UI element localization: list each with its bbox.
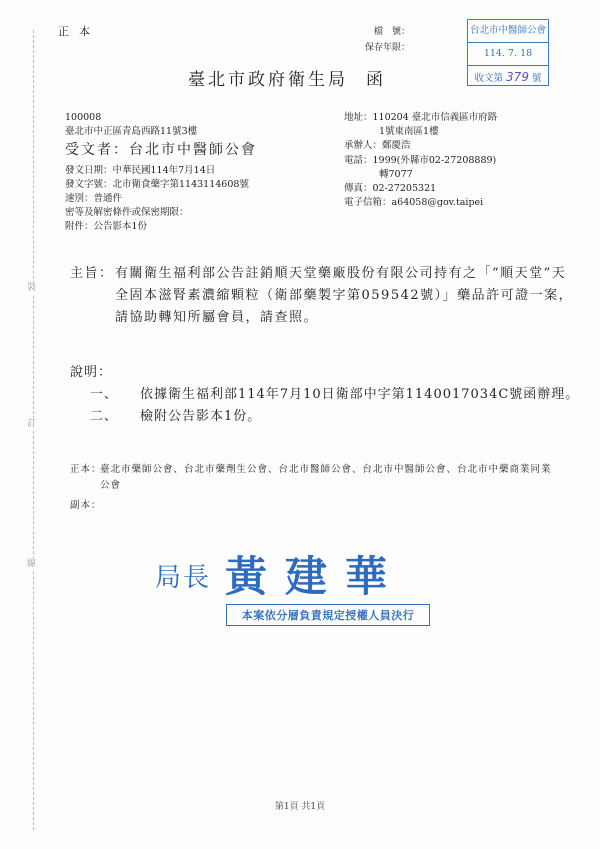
recipient-block: 100008 臺北市中正區青島西路11號3樓 受文者：台北市中醫師公會 發文日期…	[65, 111, 257, 234]
file-meta: 檔 號： 保存年限：	[340, 24, 410, 56]
document-kind: 函	[366, 70, 386, 90]
original-recipients: 臺北市藥師公會、台北市藥劑生公會、台北市醫師公會、台北市中醫師公會、台北市中藥商…	[100, 462, 555, 494]
sender-contact-block: 地址：110204 臺北市信義區市府路 1號東南區1樓 承辦人：鄭慶浩 電話：1…	[344, 111, 497, 210]
explanation-label: 說明：	[70, 362, 580, 384]
sender-address-line1: 地址：110204 臺北市信義區市府路	[344, 111, 497, 125]
binding-mark-zhuang: 裝	[27, 282, 36, 294]
explanation-item: 一、 依據衛生福利部114年7月10日衛部中字第1140017034C號函辦理。	[70, 384, 580, 406]
stamp-date: 114. 7. 18	[468, 43, 548, 66]
binding-dashed-line	[33, 30, 34, 830]
recipient-address: 臺北市中正區青島西路11號3樓	[65, 125, 257, 139]
distribution-original: 正本： 臺北市藥師公會、台北市藥劑生公會、台北市醫師公會、台北市中醫師公會、台北…	[70, 462, 555, 494]
stamp-receipt-number: 收文第 379 號	[468, 66, 548, 88]
email: 電子信箱：a64058@gov.taipei	[344, 196, 497, 210]
phone-line1: 電話：1999(外縣市02-27208889)	[344, 154, 497, 168]
file-number-label: 檔 號：	[340, 24, 410, 40]
original-label: 正本：	[70, 462, 102, 478]
document-number: 發文字號：北市衛食藥字第1143114608號	[65, 178, 257, 192]
item-text: 依據衛生福利部114年7月10日衛部中字第1140017034C號函辦理。	[140, 387, 579, 402]
delivery-speed: 速別：普通件	[65, 192, 257, 206]
fax: 傳真：02-27205321	[344, 182, 497, 196]
binding-mark-ding: 訂	[27, 418, 36, 430]
phone-line2: 轉7077	[344, 168, 497, 182]
retention-label: 保存年限：	[340, 40, 410, 56]
explanation-section: 說明： 一、 依據衛生福利部114年7月10日衛部中字第1140017034C號…	[70, 362, 580, 428]
copy-type-label: 正本	[58, 23, 100, 39]
receipt-stamp: 台北市中醫師公會 114. 7. 18 收文第 379 號	[467, 19, 549, 86]
binding-mark-xian: 線	[27, 558, 36, 570]
attachment: 附件：公告影本1份	[65, 220, 257, 234]
agency-name: 臺北市政府衛生局	[188, 70, 348, 90]
subject-label: 主旨：	[70, 263, 114, 285]
subject-text: 有關衛生福利部公告註銷順天堂藥廠股份有限公司持有之「“順天堂”天全固本滋腎素濃縮…	[115, 263, 575, 329]
signatory-title: 局長	[155, 557, 211, 594]
recipient: 受文者：台北市中醫師公會	[65, 140, 257, 160]
item-text: 檢附公告影本1份。	[140, 409, 261, 424]
item-number: 一、	[90, 384, 118, 406]
distribution-cc: 副本：	[70, 497, 102, 511]
handler: 承辦人：鄭慶浩	[344, 139, 497, 153]
document-title: 臺北市政府衛生局函	[188, 65, 386, 90]
postal-code: 100008	[65, 111, 257, 125]
subject-section: 主旨： 有關衛生福利部公告註銷順天堂藥廠股份有限公司持有之「“順天堂”天全固本滋…	[70, 263, 575, 329]
sender-address-line2: 1號東南區1樓	[344, 125, 497, 139]
stamp-organization: 台北市中醫師公會	[468, 20, 548, 43]
signatory-name-seal: 黃建華	[225, 544, 405, 604]
stamp-handwritten-number: 379	[506, 70, 529, 84]
explanation-item: 二、 檢附公告影本1份。	[70, 406, 580, 428]
official-letter-page: 裝 訂 線 正本 檔 號： 保存年限： 台北市中醫師公會 114. 7. 18 …	[0, 0, 600, 849]
item-number: 二、	[90, 406, 118, 428]
stamp-receipt-suffix: 號	[532, 73, 542, 84]
issue-date: 發文日期：中華民國114年7月14日	[65, 164, 257, 178]
classification: 密等及解密條件或保密期限：	[65, 206, 257, 220]
delegated-authority-stamp: 本案依分層負責規定授權人員決行	[226, 604, 430, 626]
stamp-receipt-prefix: 收文第	[475, 73, 504, 84]
page-number: 第1頁 共1頁	[0, 799, 600, 812]
